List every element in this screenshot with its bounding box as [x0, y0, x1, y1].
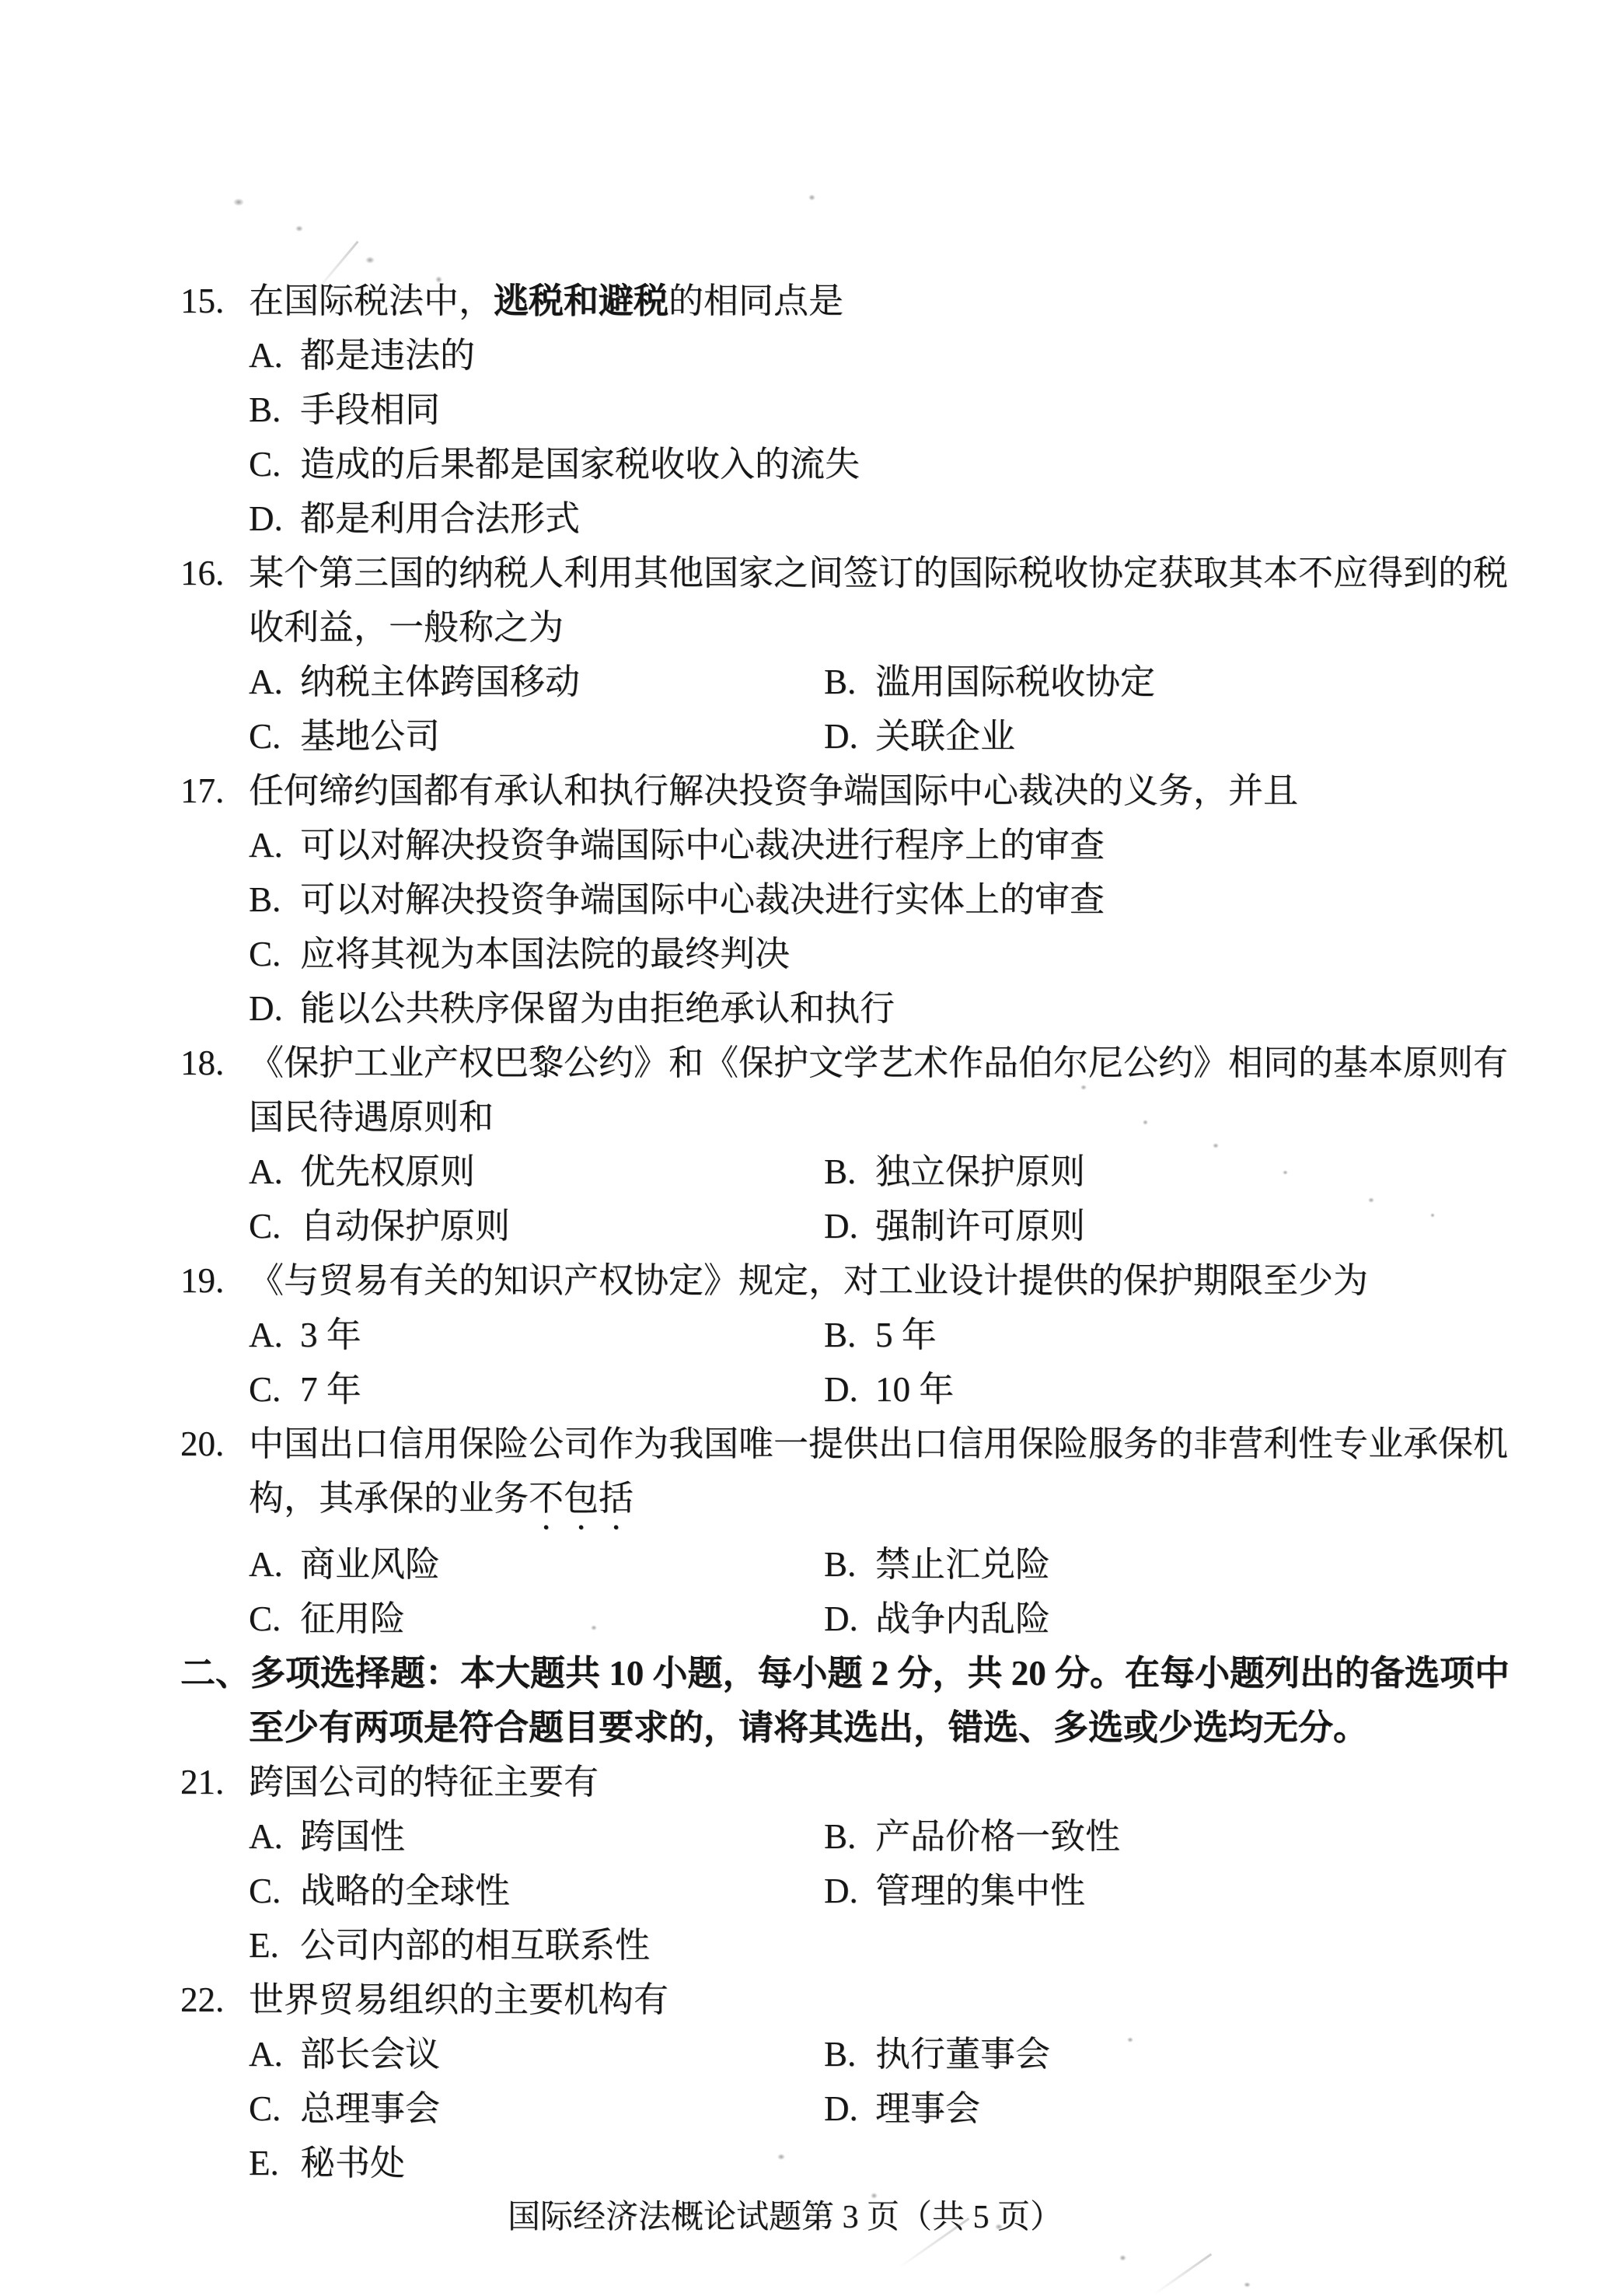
option-text: 关联企业	[875, 717, 1015, 756]
option-letter: C.	[249, 2081, 300, 2136]
stem-text: 在国际税法中，逃税和避税的相同点是	[249, 281, 843, 320]
option-text: 都是违法的	[300, 336, 475, 375]
option-text: 应将其视为本国法院的最终判决	[300, 935, 790, 973]
scan-noise	[808, 194, 815, 201]
option-item: D.都是利用合法形式	[249, 491, 580, 546]
option-item: B.5 年	[824, 1308, 937, 1362]
option-text: 手段相同	[300, 390, 440, 429]
question-stem-line: 17.任何缔约国都有承认和执行解决投资争端国际中心裁决的义务，并且	[180, 764, 1616, 818]
option-row: C.应将其视为本国法院的最终判决	[249, 927, 1616, 981]
option-letter: B.	[824, 1145, 875, 1199]
option-text: 强制许可原则	[875, 1207, 1085, 1246]
option-item: A.跨国性	[249, 1809, 824, 1864]
question-number: 16.	[180, 546, 249, 600]
option-letter: C.	[249, 1362, 300, 1417]
option-letter: C.	[249, 437, 300, 491]
option-item: A.都是违法的	[249, 328, 475, 383]
option-row: C.总理事会D.理事会	[249, 2081, 1616, 2136]
section-heading-line: 至少有两项是符合题目要求的，请将其选出，错选、多选或少选均无分。	[249, 1700, 1616, 1755]
scan-noise	[1143, 1120, 1148, 1125]
option-row: E.秘书处	[249, 2136, 1616, 2190]
scanned-exam-page: 15.在国际税法中，逃税和避税的相同点是A.都是违法的B.手段相同C.造成的后果…	[0, 0, 1616, 2296]
question-16: 16.某个第三国的纳税人利用其他国家之间签订的国际税收协定获取其本不应得到的税收…	[0, 546, 1616, 764]
scan-noise	[1080, 1085, 1087, 1090]
option-letter: C.	[249, 709, 300, 764]
option-row: B.可以对解决投资争端国际中心裁决进行实体上的审查	[249, 872, 1616, 927]
option-text: 3 年	[300, 1316, 361, 1354]
option-item: C.战略的全球性	[249, 1864, 824, 1918]
option-row: B.手段相同	[249, 383, 1616, 437]
option-item: A.纳税主体跨国移动	[249, 655, 824, 709]
option-row: A.可以对解决投资争端国际中心裁决进行程序上的审查	[249, 818, 1616, 872]
option-letter: D.	[249, 491, 300, 546]
option-text: 10 年	[875, 1370, 954, 1409]
scan-noise	[995, 2224, 1003, 2230]
scan-noise	[1119, 2255, 1126, 2261]
question-stem-line: 21.跨国公司的特征主要有	[180, 1755, 1616, 1809]
option-letter: B.	[824, 655, 875, 709]
option-item: A.3 年	[249, 1308, 824, 1362]
option-item: B.产品价格一致性	[824, 1809, 1120, 1864]
option-row: C.7 年D.10 年	[249, 1362, 1616, 1417]
question-number: 19.	[180, 1253, 249, 1308]
option-letter: C.	[249, 1864, 300, 1918]
option-item: C.总理事会	[249, 2081, 824, 2136]
option-letter: C.	[249, 1199, 300, 1253]
option-text: 执行董事会	[875, 2035, 1050, 2074]
option-row: E.公司内部的相互联系性	[249, 1918, 1616, 1973]
option-letter: B.	[824, 1537, 875, 1592]
scan-noise	[1430, 1213, 1435, 1218]
question-18: 18.《保护工业产权巴黎公约》和《保护文学艺术作品伯尔尼公约》相同的基本原则有国…	[0, 1036, 1616, 1253]
option-text: 可以对解决投资争端国际中心裁决进行程序上的审查	[300, 826, 1105, 865]
option-letter: D.	[824, 2081, 875, 2136]
question-15: 15.在国际税法中，逃税和避税的相同点是A.都是违法的B.手段相同C.造成的后果…	[0, 274, 1616, 546]
question-stem-line: 收利益，一般称之为	[249, 600, 1616, 655]
option-row: D.都是利用合法形式	[249, 491, 1616, 546]
option-item: C.造成的后果都是国家税收收入的流失	[249, 437, 860, 491]
option-item: D.战争内乱险	[824, 1592, 1050, 1646]
option-text: 7 年	[300, 1370, 361, 1409]
option-text: 产品价格一致性	[875, 1817, 1120, 1856]
option-item: A.优先权原则	[249, 1145, 824, 1199]
option-letter: D.	[249, 981, 300, 1036]
option-row: D.能以公共秩序保留为由拒绝承认和执行	[249, 981, 1616, 1036]
section-number: 二、	[180, 1646, 250, 1700]
option-text: 能以公共秩序保留为由拒绝承认和执行	[300, 989, 895, 1028]
stem-text: 中国出口信用保险公司作为我国唯一提供出口信用保险服务的非营利性专业承保机	[249, 1424, 1508, 1463]
option-letter: A.	[249, 1145, 300, 1199]
option-text: 禁止汇兑险	[875, 1545, 1050, 1584]
option-item: D.10 年	[824, 1362, 954, 1417]
emphasis-dotted-text: 不包括	[529, 1479, 633, 1518]
option-row: A.部长会议B.执行董事会	[249, 2027, 1616, 2081]
option-item: B.手段相同	[249, 383, 440, 437]
question-stem-line: 构，其承保的业务不包括	[249, 1471, 1616, 1537]
question-number: 15.	[180, 274, 249, 328]
scan-noise	[871, 2193, 878, 2199]
scan-noise	[435, 276, 442, 283]
question-19: 19.《与贸易有关的知识产权协定》规定，对工业设计提供的保护期限至少为A.3 年…	[0, 1253, 1616, 1417]
option-text: 公司内部的相互联系性	[300, 1926, 650, 1965]
option-text: 5 年	[875, 1316, 937, 1354]
option-letter: B.	[824, 1809, 875, 1864]
question-22: 22.世界贸易组织的主要机构有A.部长会议B.执行董事会C.总理事会D.理事会E…	[0, 1973, 1616, 2190]
option-letter: B.	[824, 2027, 875, 2081]
option-item: D.管理的集中性	[824, 1864, 1085, 1918]
option-letter: A.	[249, 818, 300, 872]
question-stem-line: 20.中国出口信用保险公司作为我国唯一提供出口信用保险服务的非营利性专业承保机	[180, 1417, 1616, 1471]
scan-noise	[1213, 1143, 1219, 1148]
option-item: B.独立保护原则	[824, 1145, 1085, 1199]
option-letter: A.	[249, 1809, 300, 1864]
option-text: 总理事会	[300, 2089, 440, 2128]
option-item: B.可以对解决投资争端国际中心裁决进行实体上的审查	[249, 872, 1105, 927]
question-number: 22.	[180, 1973, 249, 2027]
option-text: 独立保护原则	[875, 1152, 1085, 1191]
scan-noise	[365, 257, 375, 264]
question-17: 17.任何缔约国都有承认和执行解决投资争端国际中心裁决的义务，并且A.可以对解决…	[0, 764, 1616, 1036]
option-text: 部长会议	[300, 2035, 440, 2074]
question-stem-line: 16.某个第三国的纳税人利用其他国家之间签订的国际税收协定获取其本不应得到的税	[180, 546, 1616, 600]
stem-text: 任何缔约国都有承认和执行解决投资争端国际中心裁决的义务，并且	[249, 771, 1298, 810]
option-text: 优先权原则	[300, 1152, 475, 1191]
option-text: 征用险	[300, 1599, 405, 1638]
option-item: C.征用险	[249, 1592, 824, 1646]
scan-noise	[1283, 1170, 1288, 1175]
scan-noise	[1127, 2037, 1133, 2043]
option-letter: A.	[249, 1308, 300, 1362]
section-heading-line: 二、多项选择题：本大题共 10 小题，每小题 2 分，共 20 分。在每小题列出…	[180, 1646, 1616, 1700]
option-row: C.战略的全球性D.管理的集中性	[249, 1864, 1616, 1918]
question-number: 18.	[180, 1036, 249, 1090]
option-text: 跨国性	[300, 1817, 405, 1856]
stem-text: 世界贸易组织的主要机构有	[249, 1980, 668, 2019]
option-text: 都是利用合法形式	[300, 499, 580, 538]
page-footer: 国际经济法概论试题第 3 页（共 5 页）	[508, 2190, 1616, 2245]
option-item: A.商业风险	[249, 1537, 824, 1592]
option-item: D.强制许可原则	[824, 1199, 1085, 1253]
option-row: A.都是违法的	[249, 328, 1616, 383]
option-text: 造成的后果都是国家税收收入的流失	[300, 445, 860, 484]
option-item: D.理事会	[824, 2081, 980, 2136]
scan-noise	[591, 1625, 597, 1630]
option-row: C.造成的后果都是国家税收收入的流失	[249, 437, 1616, 491]
stem-text: 跨国公司的特征主要有	[249, 1763, 599, 1802]
option-letter: B.	[249, 383, 300, 437]
option-text: 管理的集中性	[875, 1871, 1085, 1910]
option-item: A.部长会议	[249, 2027, 824, 2081]
option-row: A.跨国性B.产品价格一致性	[249, 1809, 1616, 1864]
option-row: C.基地公司D.关联企业	[249, 709, 1616, 764]
option-letter: B.	[249, 872, 300, 927]
option-text: 滥用国际税收协定	[875, 662, 1155, 701]
question-21: 21.跨国公司的特征主要有A.跨国性B.产品价格一致性C.战略的全球性D.管理的…	[0, 1755, 1616, 1973]
question-number: 17.	[180, 764, 249, 818]
question-stem-line: 15.在国际税法中，逃税和避税的相同点是	[180, 274, 1616, 328]
option-text: 纳税主体跨国移动	[300, 662, 580, 701]
option-item: D.关联企业	[824, 709, 1015, 764]
option-text: 自动保护原则	[300, 1207, 510, 1246]
option-letter: C.	[249, 1592, 300, 1646]
option-item: B.禁止汇兑险	[824, 1537, 1050, 1592]
option-letter: C.	[249, 927, 300, 981]
stem-text: 《与贸易有关的知识产权协定》规定，对工业设计提供的保护期限至少为	[249, 1261, 1368, 1300]
question-stem-line: 19.《与贸易有关的知识产权协定》规定，对工业设计提供的保护期限至少为	[180, 1253, 1616, 1308]
option-letter: D.	[824, 709, 875, 764]
option-letter: A.	[249, 1537, 300, 1592]
option-item: C.自动保护原则	[249, 1199, 824, 1253]
question-stem-line: 国民待遇原则和	[249, 1090, 1616, 1145]
option-row: A.优先权原则B.独立保护原则	[249, 1145, 1616, 1199]
option-text: 战略的全球性	[300, 1871, 510, 1910]
question-number: 20.	[180, 1417, 249, 1471]
option-letter: D.	[824, 1864, 875, 1918]
question-stem-line: 22.世界贸易组织的主要机构有	[180, 1973, 1616, 2027]
question-number: 21.	[180, 1755, 249, 1809]
scan-noise	[295, 225, 303, 232]
option-item: A.可以对解决投资争端国际中心裁决进行程序上的审查	[249, 818, 1105, 872]
option-letter: A.	[249, 328, 300, 383]
option-text: 基地公司	[300, 717, 440, 756]
scan-noise	[233, 198, 244, 206]
option-item: D.能以公共秩序保留为由拒绝承认和执行	[249, 981, 895, 1036]
option-letter: D.	[824, 1592, 875, 1646]
option-letter: A.	[249, 2027, 300, 2081]
option-row: C.征用险D.战争内乱险	[249, 1592, 1616, 1646]
option-item: B.执行董事会	[824, 2027, 1050, 2081]
option-text: 战争内乱险	[875, 1599, 1050, 1638]
option-row: A.商业风险B.禁止汇兑险	[249, 1537, 1616, 1592]
option-item: C.应将其视为本国法院的最终判决	[249, 927, 790, 981]
scan-noise	[1368, 1197, 1374, 1203]
option-letter: B.	[824, 1308, 875, 1362]
option-row: C.自动保护原则D.强制许可原则	[249, 1199, 1616, 1253]
option-text: 商业风险	[300, 1545, 440, 1584]
option-item: C.7 年	[249, 1362, 824, 1417]
option-letter: E.	[249, 1918, 300, 1973]
option-text: 理事会	[875, 2089, 980, 2128]
stem-text: 《保护工业产权巴黎公约》和《保护文学艺术作品伯尔尼公约》相同的基本原则有	[249, 1043, 1508, 1082]
option-text: 秘书处	[300, 2144, 405, 2182]
option-item: C.基地公司	[249, 709, 824, 764]
option-letter: D.	[824, 1199, 875, 1253]
section-heading: 二、多项选择题：本大题共 10 小题，每小题 2 分，共 20 分。在每小题列出…	[0, 1646, 1616, 1755]
option-item: B.滥用国际税收协定	[824, 655, 1155, 709]
question-stem-line: 18.《保护工业产权巴黎公约》和《保护文学艺术作品伯尔尼公约》相同的基本原则有	[180, 1036, 1616, 1090]
option-text: 可以对解决投资争端国际中心裁决进行实体上的审查	[300, 880, 1105, 919]
scan-noise	[777, 2154, 785, 2160]
option-row: A.3 年B.5 年	[249, 1308, 1616, 1362]
option-row: A.纳税主体跨国移动B.滥用国际税收协定	[249, 655, 1616, 709]
option-letter: D.	[824, 1362, 875, 1417]
scan-noise	[1244, 2282, 1251, 2287]
questions-area: 15.在国际税法中，逃税和避税的相同点是A.都是违法的B.手段相同C.造成的后果…	[0, 274, 1616, 2190]
option-item: E.公司内部的相互联系性	[249, 1918, 650, 1973]
stem-text: 多项选择题：本大题共 10 小题，每小题 2 分，共 20 分。在每小题列出的备…	[250, 1654, 1510, 1693]
stem-text: 某个第三国的纳税人利用其他国家之间签订的国际税收协定获取其本不应得到的税	[249, 554, 1508, 592]
scan-noise	[513, 299, 522, 306]
option-letter: E.	[249, 2136, 300, 2190]
option-item: E.秘书处	[249, 2136, 405, 2190]
option-letter: A.	[249, 655, 300, 709]
scan-noise	[1154, 2253, 1212, 2295]
question-20: 20.中国出口信用保险公司作为我国唯一提供出口信用保险服务的非营利性专业承保机构…	[0, 1417, 1616, 1646]
